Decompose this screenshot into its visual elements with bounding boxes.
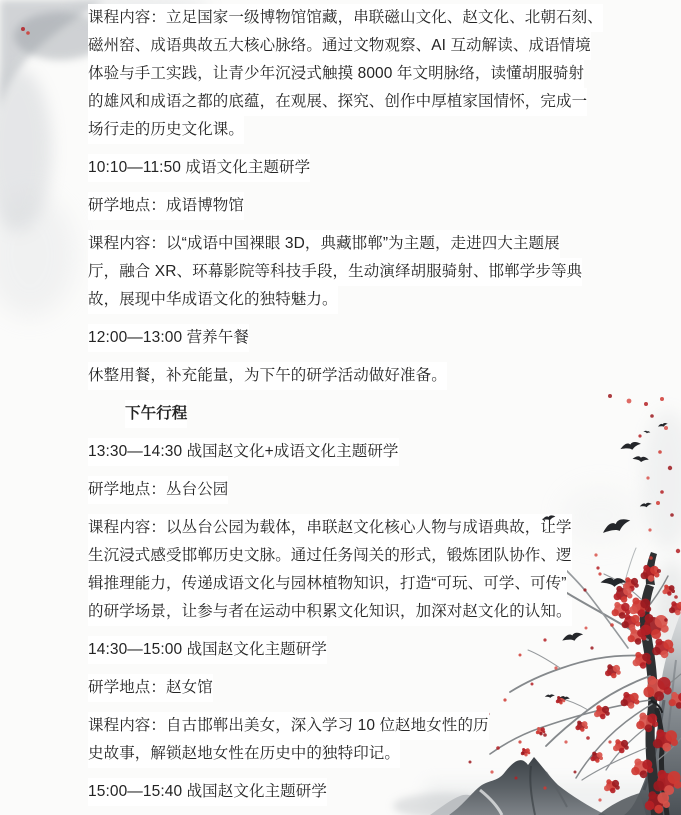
schedule-time-2: 12:00—13:00 营养午餐 [88, 324, 608, 352]
text-line: 下午行程 [125, 400, 187, 428]
paragraph-zhaonv-course: 课程内容：自古邯郸出美女，深入学习 10 位赵地女性的历 史故事，解锁赵地女性在… [88, 712, 608, 768]
text-line: 体验与手工实践，让青少年沉浸式触摸 8000 年文明脉络，读懂胡服骑射 [88, 60, 584, 88]
study-location-2: 研学地点：丛台公园 [88, 476, 608, 504]
itinerary-text: 课程内容：立足国家一级博物馆馆藏，串联磁山文化、赵文化、北朝石刻、 磁州窑、成语… [88, 4, 608, 806]
text-line: 研学地点：丛台公园 [88, 476, 228, 504]
text-line: 休整用餐，补充能量，为下午的研学活动做好准备。 [88, 362, 447, 390]
bird-icon [640, 502, 652, 507]
text-line: 13:30—14:30 战国赵文化+成语文化主题研学 [88, 438, 399, 466]
text-line: 的雄风和成语之都的底蕴，在观展、探究、创作中厚植家国情怀，完成一 [88, 88, 587, 116]
text-line: 生沉浸式感受邯郸历史文脉。通过任务闯关的形式，锻炼团队协作、逻 [88, 542, 572, 570]
study-location-1: 研学地点：成语博物馆 [88, 192, 608, 220]
text-line: 磁州窑、成语典故五大核心脉络。通过文物观察、AI 互动解读、成语情境 [88, 32, 591, 60]
study-location-3: 研学地点：赵女馆 [88, 674, 608, 702]
text-line: 课程内容：以丛台公园为载体，串联赵文化核心人物与成语典故，让学 [88, 514, 572, 542]
bird-icon [643, 430, 650, 434]
text-line: 厅，融合 XR、环幕影院等科技手段，生动演绎胡服骑射、邯郸学步等典 [88, 258, 582, 286]
text-line: 课程内容：以“成语中国裸眼 3D，典藏邯郸”为主题，走进四大主题展 [88, 230, 560, 258]
text-line: 研学地点：赵女馆 [88, 674, 213, 702]
text-line: 故，展现中华成语文化的独特魅力。 [88, 286, 338, 314]
text-line: 课程内容：立足国家一级博物馆馆藏，串联磁山文化、赵文化、北朝石刻、 [88, 4, 603, 32]
text-line: 辑推理能力，传递成语文化与园林植物知识，打造“可玩、可学、可传” [88, 570, 567, 598]
bird-icon [632, 455, 649, 463]
section-heading-afternoon: 下午行程 [88, 400, 608, 428]
paragraph-lunch-note: 休整用餐，补充能量，为下午的研学活动做好准备。 [88, 362, 608, 390]
schedule-time-5: 15:00—15:40 战国赵文化主题研学 [88, 778, 608, 806]
text-line: 场行走的历史文化课。 [88, 116, 244, 144]
paragraph-congtai-course: 课程内容：以丛台公园为载体，串联赵文化核心人物与成语典故，让学 生沉浸式感受邯郸… [88, 514, 608, 626]
schedule-time-4: 14:30—15:00 战国赵文化主题研学 [88, 636, 608, 664]
text-line: 14:30—15:00 战国赵文化主题研学 [88, 636, 327, 664]
text-line: 课程内容：自古邯郸出美女，深入学习 10 位赵地女性的历 [88, 712, 489, 740]
text-line: 10:10—11:50 成语文化主题研学 [88, 154, 310, 182]
text-line: 12:00—13:00 营养午餐 [88, 324, 249, 352]
paragraph-museum-course: 课程内容：立足国家一级博物馆馆藏，串联磁山文化、赵文化、北朝石刻、 磁州窑、成语… [88, 4, 608, 144]
bird-icon [620, 441, 642, 451]
text-line: 史故事，解锁赵地女性在历史中的独特印记。 [88, 740, 400, 768]
schedule-time-1: 10:10—11:50 成语文化主题研学 [88, 154, 608, 182]
text-line: 研学地点：成语博物馆 [88, 192, 244, 220]
paragraph-chengyu-course: 课程内容：以“成语中国裸眼 3D，典藏邯郸”为主题，走进四大主题展 厅，融合 X… [88, 230, 608, 314]
schedule-time-3: 13:30—14:30 战国赵文化+成语文化主题研学 [88, 438, 608, 466]
text-line: 15:00—15:40 战国赵文化主题研学 [88, 778, 327, 806]
text-line: 的研学场景，让参与者在运动中积累文化知识，加深对赵文化的认知。 [88, 598, 572, 626]
bird-icon [658, 423, 668, 428]
